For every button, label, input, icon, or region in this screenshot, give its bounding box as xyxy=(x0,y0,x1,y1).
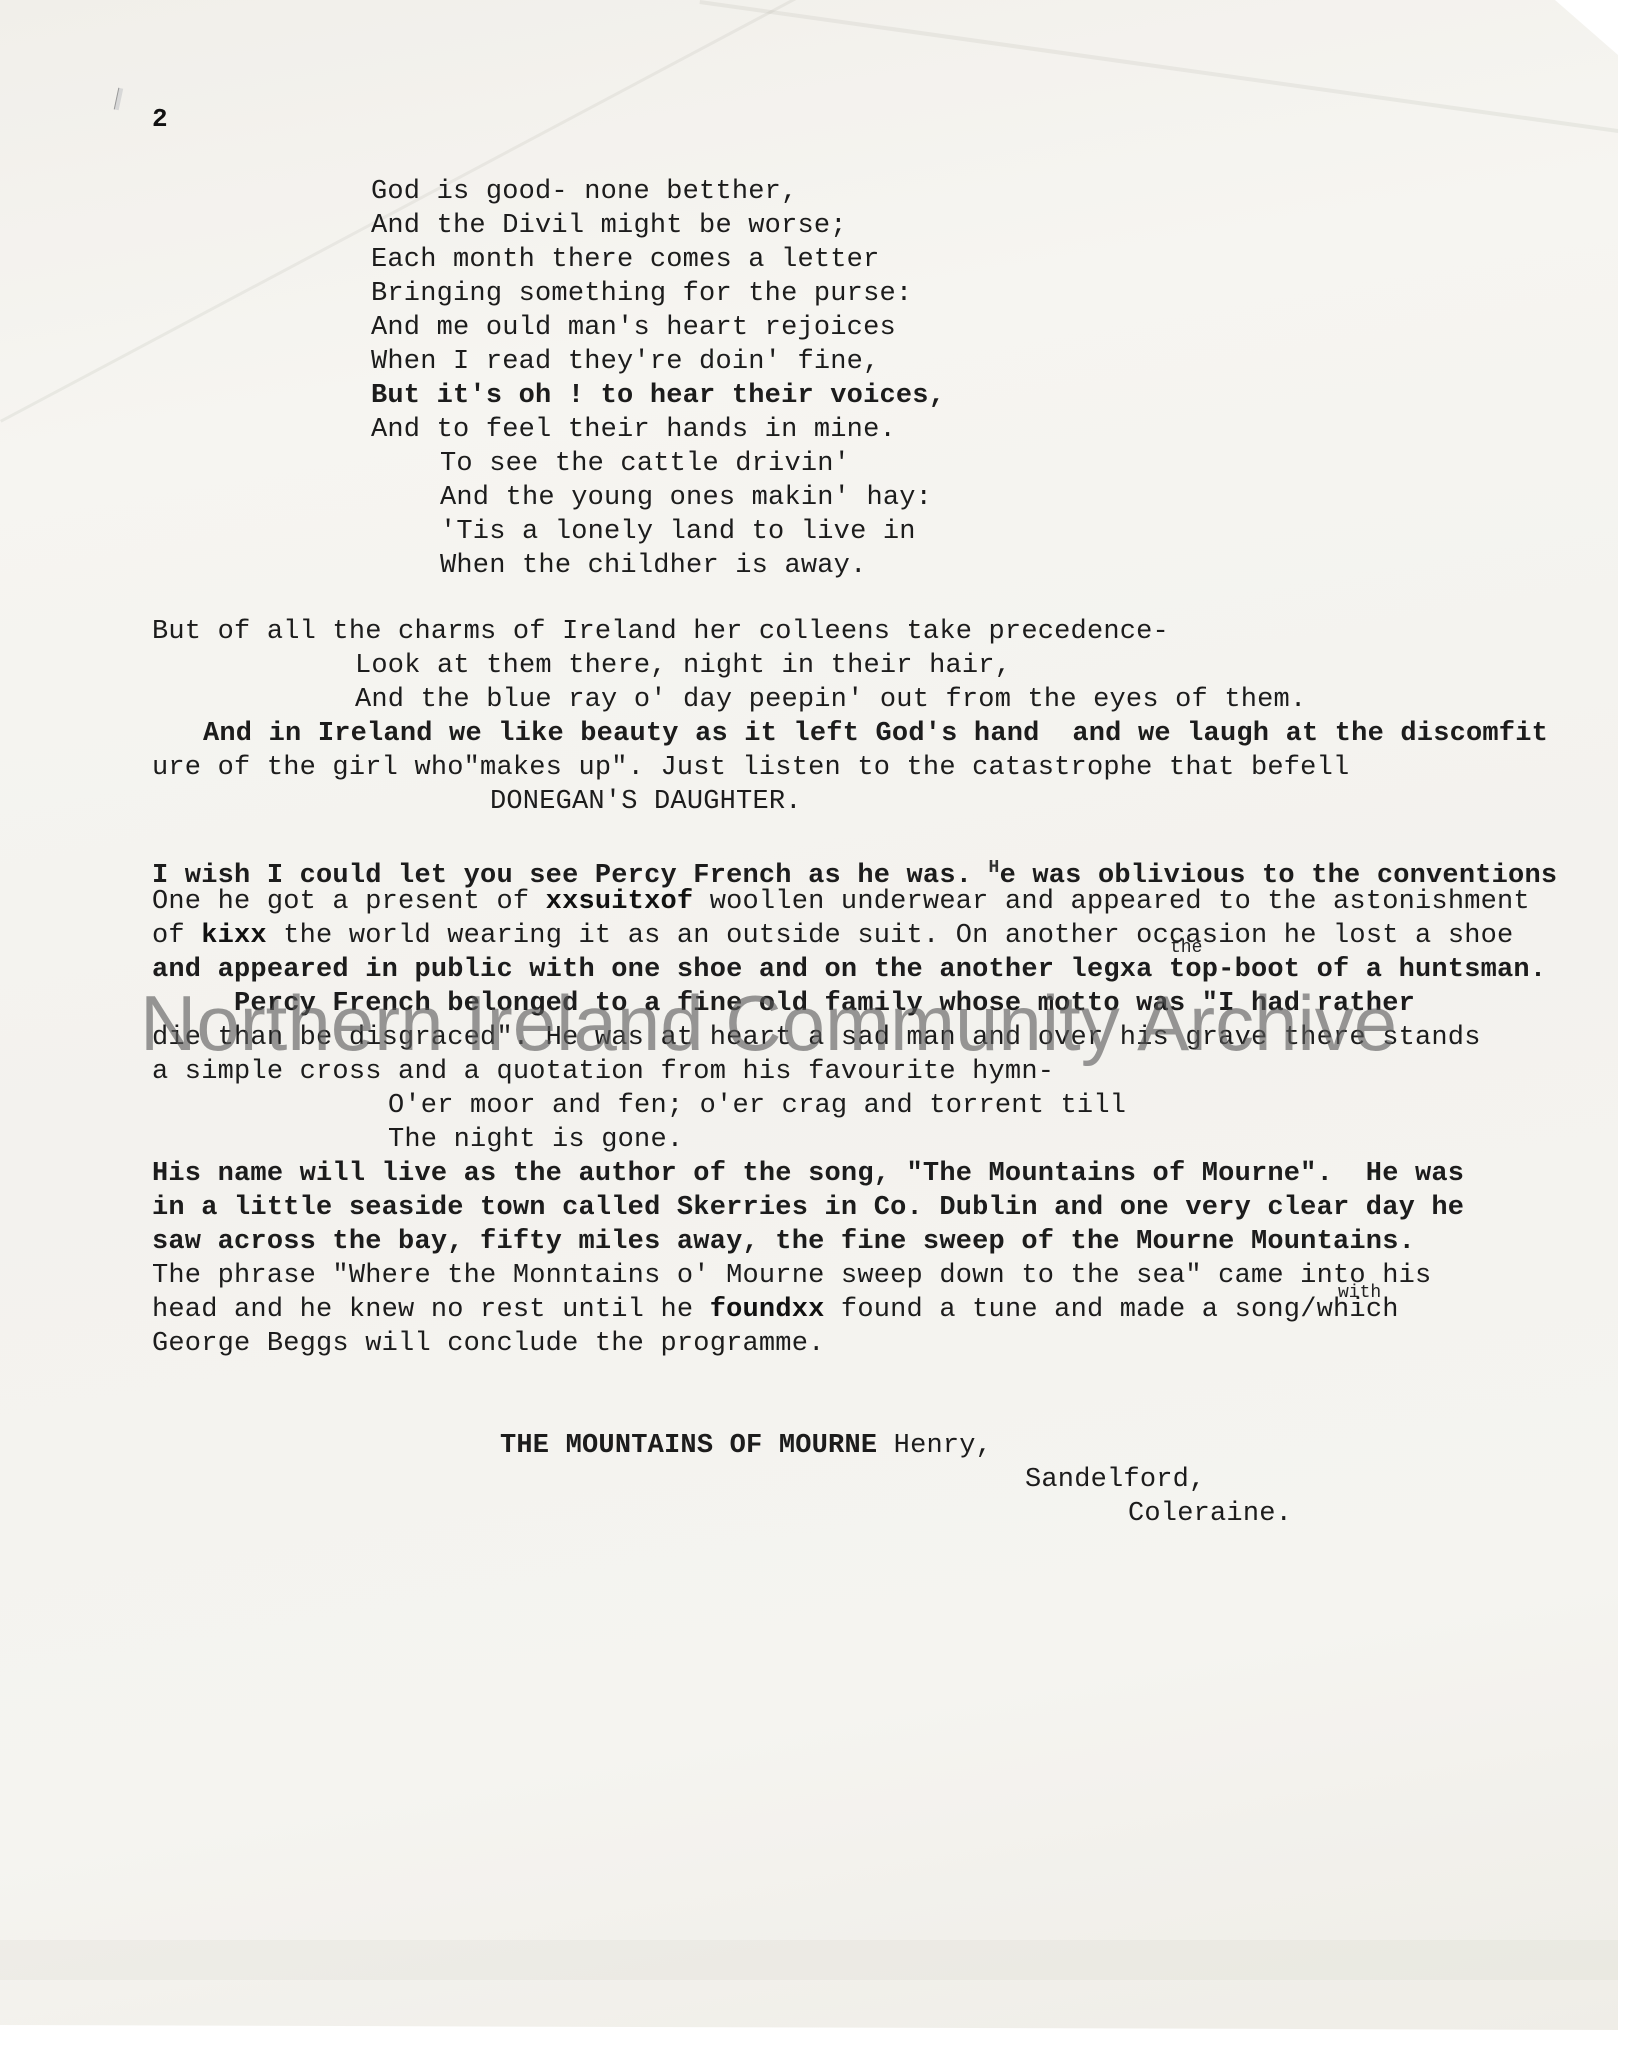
paragraph-line: saw across the bay, fifty miles away, th… xyxy=(152,1225,1415,1259)
quote-line: And the blue ray o' day peepin' out from… xyxy=(355,683,1306,717)
poem-line: And the Divil might be worse; xyxy=(371,209,847,243)
poem-refrain-line: 'Tis a lonely land to live in xyxy=(440,515,916,549)
paragraph-line: George Beggs will conclude the programme… xyxy=(152,1327,825,1361)
text-span: woollen underwear and appeared to the as… xyxy=(693,887,1530,917)
quote-line: Look at them there, night in their hair, xyxy=(355,649,1011,683)
poem-line: When I read they're doin' fine, xyxy=(371,345,879,379)
paper-crease xyxy=(0,1940,1620,1980)
paper-crease xyxy=(699,0,1638,143)
poem-refrain-line: And the young ones makin' hay: xyxy=(440,481,932,515)
poem-line: Each month there comes a letter xyxy=(371,243,879,277)
hymn-line: The night is gone. xyxy=(388,1123,683,1157)
text-span: found a tune and made a song/which xyxy=(825,1295,1399,1325)
text-span: of xyxy=(152,921,201,951)
address-line: Coleraine. xyxy=(1128,1497,1292,1531)
text-span: the world wearing it as an outside suit.… xyxy=(267,921,1514,951)
paragraph-line: ure of the girl who"makes up". Just list… xyxy=(152,751,1349,785)
page-number: 2 xyxy=(152,104,168,134)
poem-refrain-line: When the childher is away. xyxy=(440,549,866,583)
paragraph-line: in a little seaside town called Skerries… xyxy=(152,1191,1464,1225)
poem-line: And me ould man's heart rejoices xyxy=(371,311,896,345)
paragraph-line: The phrase "Where the Monntains o' Mourn… xyxy=(152,1259,1431,1293)
paragraph-line: And in Ireland we like beauty as it left… xyxy=(203,717,1548,751)
paragraph-line: head and he knew no rest until he foundx… xyxy=(152,1293,1399,1327)
paragraph-line: But of all the charms of Ireland her col… xyxy=(152,615,1169,649)
poem-line: And to feel their hands in mine. xyxy=(371,413,896,447)
text-span: One he got a present of xyxy=(152,887,546,917)
struck-out-text: kixx xyxy=(201,921,267,951)
paragraph-line: One he got a present of xxsuitxof woolle… xyxy=(152,885,1530,919)
poem-refrain-line: To see the cattle drivin' xyxy=(440,447,850,481)
paragraph-line: Percy French belonged to a fine old fami… xyxy=(152,987,1415,1021)
paragraph-line: His name will live as the author of the … xyxy=(152,1157,1464,1191)
struck-out-text: xxsuitxof xyxy=(546,887,694,917)
struck-out-text: foundxx xyxy=(710,1295,825,1325)
song-title: DONEGAN'S DAUGHTER. xyxy=(490,785,802,819)
author-name: Henry, xyxy=(877,1431,992,1461)
poem-line: But it's oh ! to hear their voices, xyxy=(371,379,945,413)
paragraph-line: of kixx the world wearing it as an outsi… xyxy=(152,919,1513,953)
superscript-correction: H xyxy=(989,858,1000,878)
closing-song-title: THE MOUNTAINS OF MOURNE Henry, xyxy=(500,1429,992,1463)
address-line: Sandelford, xyxy=(1025,1463,1205,1497)
inserted-correction: with xyxy=(1338,1283,1381,1303)
poem-line: God is good- none betther, xyxy=(371,175,797,209)
poem-line: Bringing something for the purse: xyxy=(371,277,912,311)
paragraph-line: a simple cross and a quotation from his … xyxy=(152,1055,1054,1089)
text-span: head and he knew no rest until he xyxy=(152,1295,710,1325)
paragraph-line: die than be disgraced". He was at heart … xyxy=(152,1021,1481,1055)
paragraph-line: and appeared in public with one shoe and… xyxy=(152,953,1546,987)
hymn-line: O'er moor and fen; o'er crag and torrent… xyxy=(388,1089,1126,1123)
song-title: THE MOUNTAINS OF MOURNE xyxy=(500,1431,877,1461)
